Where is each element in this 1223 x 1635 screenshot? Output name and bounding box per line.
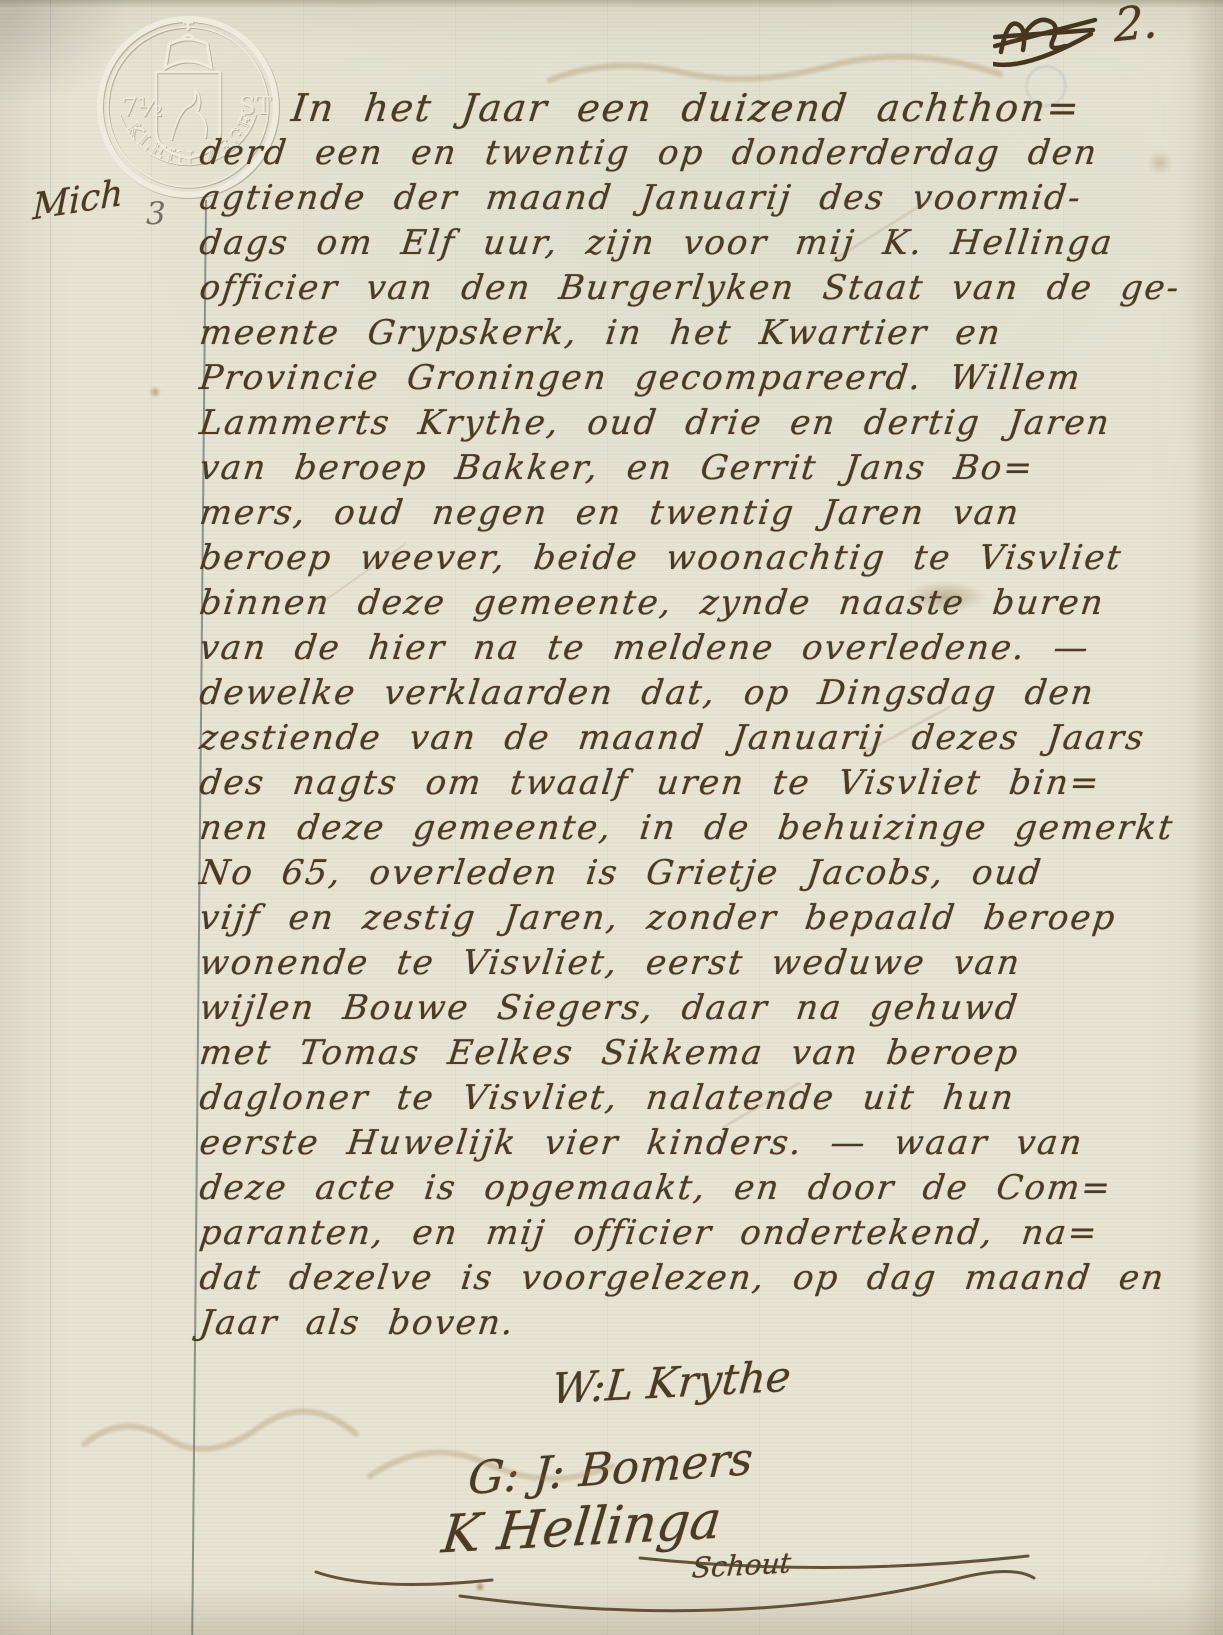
act-line: met Tomas Eelkes Sikkema van beroep	[197, 1031, 1223, 1076]
left-edge-rule	[50, 0, 51, 1635]
act-line: dags om Elf uur, zijn voor mij K. Hellin…	[197, 221, 1223, 266]
act-line: agtiende der maand Januarij des voormid-	[197, 176, 1223, 221]
act-line: van de hier na te meldene overledene. —	[197, 626, 1223, 671]
ink-show-through	[70, 1380, 650, 1520]
act-line: des nagts om twaalf uren te Visvliet bin…	[197, 761, 1223, 806]
margin-annotation: Mich	[32, 173, 123, 229]
seal-denomination-left: 7½	[121, 93, 163, 123]
act-line: derd een en twentig op donderderdag den	[197, 131, 1223, 176]
act-line: Provincie Groningen gecompareerd. Willem	[197, 356, 1223, 401]
act-line: eerste Huwelijk vier kinders. — waar van	[197, 1121, 1223, 1166]
margin-pencil-number: 3	[146, 196, 166, 232]
act-line: officier van den Burgerlyken Staat van d…	[197, 266, 1223, 311]
act-line: Lammerts Krythe, oud drie en dertig Jare…	[197, 401, 1223, 446]
act-line: dagloner te Visvliet, nalatende uit hun	[197, 1076, 1223, 1121]
act-line: meente Grypskerk, in het Kwartier en	[197, 311, 1223, 356]
act-line: zestiende van de maand Januarij dezes Ja…	[197, 716, 1223, 761]
death-record-page: 7½ ST KLEIN ZEGEL 2. Mich 3 In het Jaar …	[0, 0, 1223, 1635]
act-line: van beroep Bakker, en Gerrit Jans Bo=	[197, 446, 1223, 491]
act-line: mers, oud negen en twentig Jaren van	[197, 491, 1223, 536]
act-line: dewelke verklaarden dat, op Dingsdag den	[197, 671, 1223, 716]
signature-flourish	[310, 1548, 1050, 1620]
act-line: beroep weever, beide woonachtig te Visvl…	[197, 536, 1223, 581]
act-line: wonende te Visvliet, eerst weduwe van	[197, 941, 1223, 986]
act-line: nen deze gemeente, in de behuizinge geme…	[197, 806, 1223, 851]
act-line: Jaar als boven.	[197, 1301, 1223, 1346]
act-line: binnen deze gemeente, zynde naaste buren	[197, 581, 1223, 626]
act-text-block: In het Jaar een duizend achthon= derd ee…	[197, 86, 1217, 1346]
ink-show-through	[540, 40, 1020, 110]
act-line: dat dezelve is voorgelezen, op dag maand…	[197, 1256, 1223, 1301]
act-line: deze acte is opgemaakt, en door de Com=	[197, 1166, 1223, 1211]
act-line: No 65, overleden is Grietje Jacobs, oud	[197, 851, 1223, 896]
act-line: vijf en zestig Jaren, zonder bepaald ber…	[197, 896, 1223, 941]
crown-icon	[165, 20, 211, 68]
act-line: paranten, en mij officier ondertekend, n…	[197, 1211, 1223, 1256]
folio-number: 2.	[1114, 0, 1158, 52]
act-line: wijlen Bouwe Siegers, daar na gehuwd	[197, 986, 1223, 1031]
